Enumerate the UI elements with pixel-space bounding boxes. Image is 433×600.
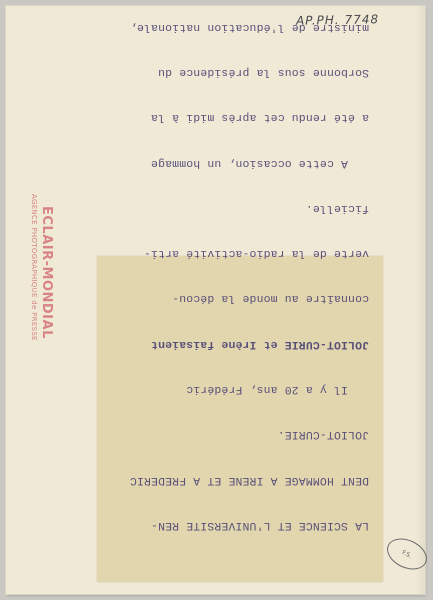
agency-stamp-subtitle: AGENCE PHOTOGRAPHIQUE de PRESSE — [30, 194, 38, 341]
agency-stamp-name: ECLAIR-MONDIAL — [39, 206, 54, 339]
agency-stamp: ECLAIR-MONDIAL AGENCE PHOTOGRAPHIQUE de … — [8, 206, 54, 386]
caption-line: Il y a 20 ans, Frédéric — [107, 381, 369, 396]
caption-line: JOLIOT-CURIE. — [107, 426, 369, 441]
typewritten-caption-slip: LA SCIENCE ET L'UNIVERSITE REN- DENT HOM… — [97, 256, 383, 582]
caption-line: connaître au monde la décou- — [107, 290, 369, 305]
caption-line: a été rendu cet après midi à la — [107, 109, 369, 124]
caption-text: LA SCIENCE ET L'UNIVERSITE REN- DENT HOM… — [97, 256, 383, 582]
caption-line: ficielle. — [107, 200, 369, 215]
caption-line: LA SCIENCE ET L'UNIVERSITE REN- — [107, 517, 369, 532]
caption-line: DENT HOMMAGE A IRENE ET A FREDERIC — [107, 471, 369, 486]
caption-line: A cette occasion, un hommage — [107, 154, 369, 169]
caption-line: JOLIOT-CURIE et Irène faisaient — [107, 336, 369, 351]
caption-line: Sorbonne sous la présidence du — [107, 64, 369, 79]
caption-line: verte de la radio-activité arti- — [107, 245, 369, 260]
caption-line: ministre de l'éducation nationale, — [107, 19, 369, 34]
